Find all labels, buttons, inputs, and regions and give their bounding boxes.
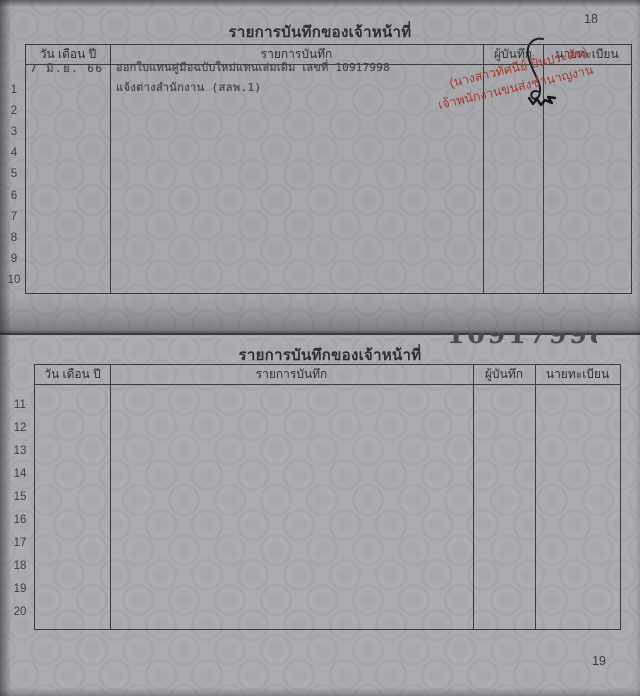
column-divider	[535, 365, 536, 629]
row-number: 9	[11, 253, 17, 265]
row-number: 13	[14, 445, 27, 457]
column-divider	[110, 365, 111, 629]
row-number: 18	[14, 560, 27, 572]
row-number: 14	[14, 468, 27, 480]
column-divider	[473, 365, 474, 629]
row-number: 2	[11, 105, 17, 117]
photo-edge-shadow-left	[0, 0, 11, 696]
row-number: 11	[14, 399, 26, 411]
row-number: 8	[11, 232, 17, 244]
header-registrar: นายทะเบียน	[535, 365, 620, 384]
photo-edge-shadow-right	[635, 0, 640, 696]
row-number: 3	[11, 126, 17, 138]
entry-date-stamp: 7 มิ.ย. 66	[30, 59, 104, 77]
photo-edge-shadow-top	[0, 0, 640, 7]
row-number: 1	[11, 84, 17, 96]
header-record: รายการบันทึก	[110, 365, 473, 384]
photo-edge-shadow-bottom	[0, 688, 640, 696]
row-number: 12	[14, 422, 27, 434]
entry-record-line2: แจ้งต่างสำนักงาน (สลพ.1)	[116, 78, 262, 96]
records-table-page19: วัน เดือน ปี รายการบันทึก ผู้บันทึก นายท…	[34, 364, 621, 630]
row-number: 17	[14, 537, 27, 549]
column-divider	[110, 45, 111, 293]
row-number: 16	[14, 514, 27, 526]
header-recorder: ผู้บันทึก	[473, 365, 535, 384]
page-number-19: 19	[592, 654, 606, 668]
row-number: 20	[14, 606, 27, 618]
page-gap-shadow	[0, 296, 640, 333]
entry-record-line1: ออกใบแทนคู่มือฉบับใหม่แทนเล่มเดิม เลขที่…	[116, 58, 390, 76]
header-date: วัน เดือน ปี	[35, 365, 110, 384]
row-number: 15	[14, 491, 27, 503]
row-number: 19	[14, 583, 27, 595]
row-number: 5	[11, 168, 17, 180]
row-number: 7	[11, 211, 17, 223]
row-number: 4	[11, 147, 17, 159]
row-number: 6	[11, 190, 17, 202]
